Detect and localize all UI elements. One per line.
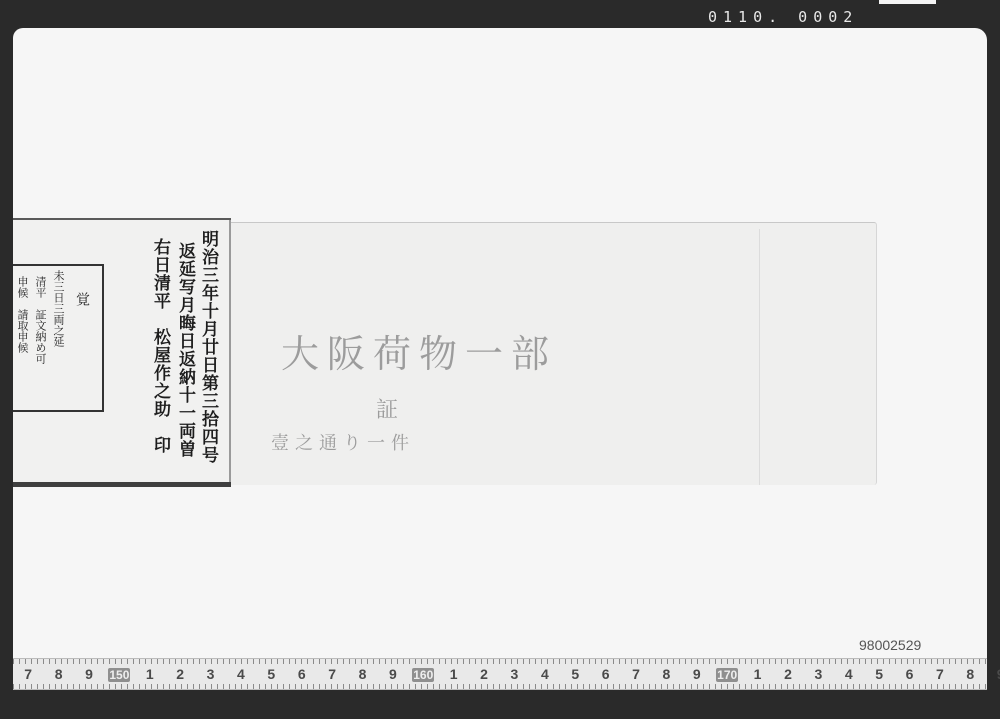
ruler-tick: 1 — [742, 666, 772, 682]
ruler-tick: 3 — [499, 666, 529, 682]
document-strip: 覚 未三日三両之延 清平 証文納め可 申候 請取申候 明治三年十月廿日第三拾四号… — [13, 218, 876, 486]
ruler-tick: 8 — [955, 666, 985, 682]
ruler-tick: 4 — [834, 666, 864, 682]
ruler-tick: 9 — [74, 666, 104, 682]
pencil-line: 証 — [376, 393, 398, 424]
ruler-labels: 7 8 9 150 1 2 3 4 5 6 7 8 9 160 1 2 3 4 … — [13, 666, 987, 682]
ruler-tick: 2 — [773, 666, 803, 682]
main-text-column: 返延写月晦日返納十一両曽 — [176, 242, 193, 458]
main-text-column: 明治三年十月廿日第三拾四号 — [199, 230, 216, 464]
ruler-tick: 8 — [651, 666, 681, 682]
ruler-major-tick: 160 — [408, 666, 438, 682]
ruler-tick: 5 — [864, 666, 894, 682]
ruler-tick: 3 — [195, 666, 225, 682]
accession-number: 98002529 — [859, 637, 921, 653]
right-leaf: 大阪荷物一部 証 壹之通り一件 — [231, 222, 877, 485]
ruler-tick: 1 — [438, 666, 468, 682]
boxed-note-column: 清平 証文納め可 — [35, 276, 46, 364]
ruler-tick: 7 — [317, 666, 347, 682]
ruler-tick: 3 — [803, 666, 833, 682]
pencil-line: 壹之通り一件 — [271, 429, 415, 455]
boxed-note-column: 未三日三両之延 — [53, 270, 64, 347]
ruler-tick: 7 — [621, 666, 651, 682]
ruler-tick: 1 — [135, 666, 165, 682]
ruler-major-tick: 150 — [104, 666, 134, 682]
pencil-title: 大阪荷物一部 — [281, 323, 557, 378]
ruler-tick: 2 — [469, 666, 499, 682]
ruler-tick: 6 — [590, 666, 620, 682]
ruler-tick: 8 — [347, 666, 377, 682]
ruler-tick: 5 — [256, 666, 286, 682]
ruler-tick: 4 — [530, 666, 560, 682]
ruler-tick: 6 — [894, 666, 924, 682]
paper-fold — [759, 229, 760, 485]
ruler-minor-ticks — [13, 684, 987, 689]
ruler-tick: 4 — [226, 666, 256, 682]
ruler-tick: 8 — [43, 666, 73, 682]
ruler-tick: 9 — [682, 666, 712, 682]
ruler-tick: 9 — [986, 666, 1000, 682]
ruler-tick: 7 — [13, 666, 43, 682]
ruler-tick: 7 — [925, 666, 955, 682]
ruler-major-tick: 170 — [712, 666, 742, 682]
boxed-note: 覚 未三日三両之延 清平 証文納め可 申候 請取申候 — [13, 264, 104, 412]
ruler-tick: 9 — [378, 666, 408, 682]
ruler-tick: 2 — [165, 666, 195, 682]
ruler-tick: 5 — [560, 666, 590, 682]
left-leaf: 覚 未三日三両之延 清平 証文納め可 申候 請取申候 明治三年十月廿日第三拾四号… — [13, 218, 231, 487]
film-frame-id: 0110. 0002 — [708, 8, 858, 26]
measurement-ruler: 7 8 9 150 1 2 3 4 5 6 7 8 9 160 1 2 3 4 … — [13, 658, 987, 690]
boxed-note-column: 申候 請取申候 — [17, 276, 28, 353]
main-text-column: 右日清平 松屋作之助 印 — [151, 238, 168, 454]
film-edge-marker — [879, 0, 936, 4]
boxed-note-heading: 覚 — [75, 292, 89, 306]
ruler-tick: 6 — [287, 666, 317, 682]
